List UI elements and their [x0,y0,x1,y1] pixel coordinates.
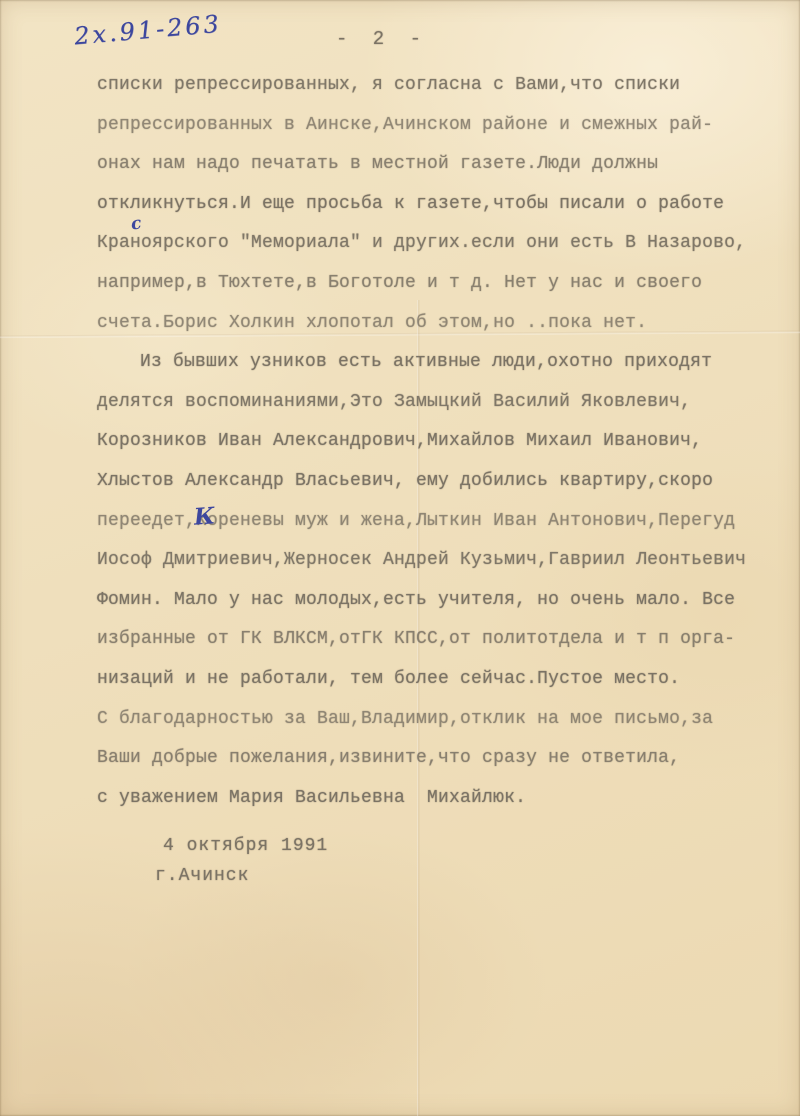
typed-line: Фомин. Мало у нас молодых,есть учителя, … [97,581,769,621]
typed-line: Ваши добрые пожелания,извините,что сразу… [97,739,769,779]
letter-city: г.Ачинск [155,866,249,886]
typed-line: например,в Тюхтете,в Боготоле и т д. Нет… [97,264,769,304]
typed-line: с уважением Мария Васильевна Михайлюк. [97,779,769,819]
typed-line: Краноярского "Мемориала" и других.если о… [97,224,769,264]
typed-line: репрессированных в Аинске,Ачинском район… [97,106,769,146]
typed-line: избранные от ГК ВЛКСМ,отГК КПСС,от полит… [97,620,769,660]
typed-line: Хлыстов Александр Власьевич, ему добилис… [97,462,769,502]
typed-line: Корозников Иван Александрович,Михайлов М… [97,422,769,462]
scanned-letter-page: 2х.91-263 - 2 - списки репрессированных,… [0,0,800,1116]
typed-line: откликнуться.И еще просьба к газете,чтоб… [97,185,769,225]
letter-date: 4 октября 1991 [163,836,328,856]
handwritten-overwrite-letter: К [193,502,216,530]
typed-line: списки репрессированных, я согласна с Ва… [97,66,769,106]
typed-line: С благодарностью за Ваш,Владимир,отклик … [97,700,769,740]
typed-line: Из бывших узников есть активные люди,охо… [97,343,769,383]
typed-line: Иософ Дмитриевич,Жерносек Андрей Кузьмич… [97,541,769,581]
handwritten-archive-mark: 2х.91-263 [73,10,223,51]
typed-line: онах нам надо печатать в местной газете.… [97,145,769,185]
typed-line: счета.Борис Холкин хлопотал об этом,но .… [97,304,769,344]
typed-line: низаций и не работали, тем более сейчас.… [97,660,769,700]
typed-line: делятся воспоминаниями,Это Замыцкий Васи… [97,383,769,423]
page-number: - 2 - [336,28,428,50]
letter-body: списки репрессированных, я согласна с Ва… [97,66,769,818]
